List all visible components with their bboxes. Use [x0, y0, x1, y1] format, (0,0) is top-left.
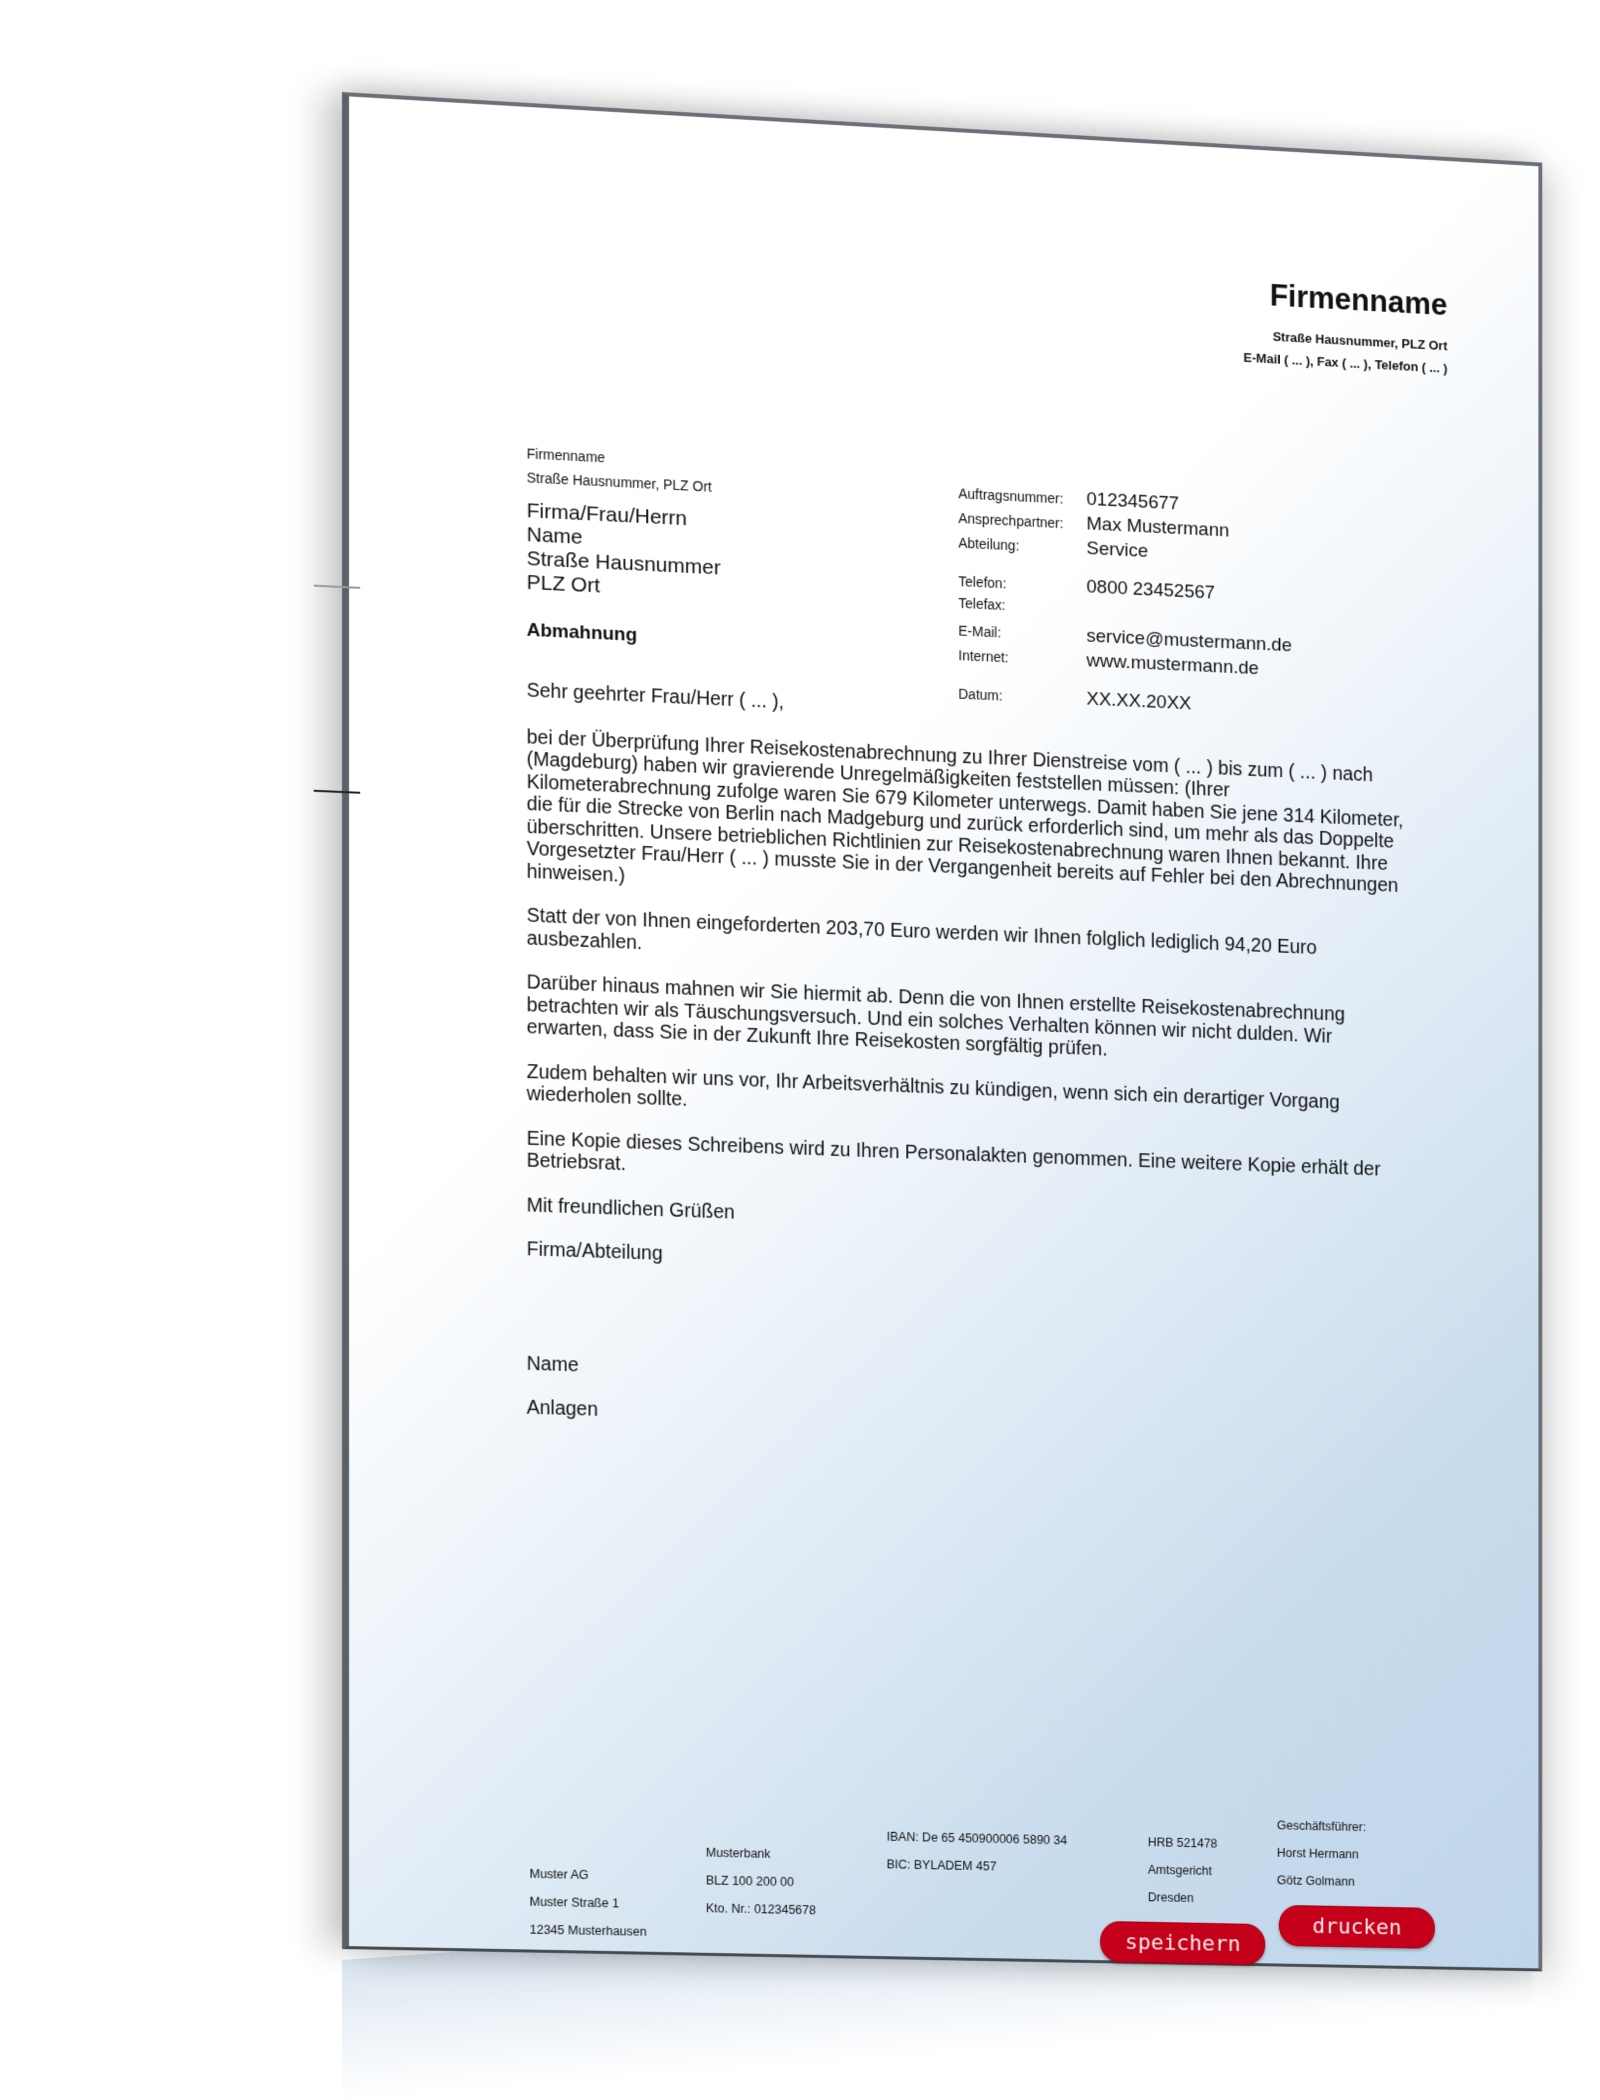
footer-register: HRB 521478 Amtsgericht Dresden	[1148, 1828, 1218, 1912]
footer-iban: IBAN: De 65 450900006 5890 34 BIC: BYLAD…	[887, 1823, 1068, 1882]
stage: Firmenname Straße Hausnummer, PLZ Ort E-…	[0, 0, 1600, 2100]
recipient-address: Firma/Frau/Herrn Name Straße Hausnummer …	[527, 499, 721, 604]
footer-line: Kto. Nr.: 012345678	[706, 1894, 816, 1924]
body-paragraph: Eine Kopie dieses Schreibens wird zu Ihr…	[527, 1127, 1409, 1203]
footer-company: Muster AG Muster Straße 1 12345 Musterha…	[530, 1860, 647, 1946]
attachments-label: Anlagen	[527, 1397, 1409, 1446]
footer-bank: Musterbank BLZ 100 200 00 Kto. Nr.: 0123…	[706, 1839, 816, 1924]
sender-address: Straße Hausnummer, PLZ Ort	[527, 469, 712, 494]
sender-company: Firmenname	[527, 445, 605, 465]
footer-line: IBAN: De 65 450900006 5890 34	[887, 1823, 1068, 1854]
footer-line: Geschäftsführer:	[1277, 1812, 1366, 1841]
print-button[interactable]: drucken	[1279, 1905, 1435, 1949]
info-label: Telefon:	[958, 573, 1086, 595]
footer-line: Amtsgericht	[1148, 1856, 1218, 1885]
footer-line: BLZ 100 200 00	[706, 1867, 816, 1897]
footer-line: HRB 521478	[1148, 1828, 1218, 1857]
fold-mark	[314, 585, 360, 589]
footer-line: Muster Straße 1	[530, 1888, 647, 1918]
letterhead-address: Straße Hausnummer, PLZ Ort	[1273, 329, 1448, 353]
info-value: 012345677	[1086, 489, 1179, 515]
footer-line: BIC: BYLADEM 457	[887, 1850, 1068, 1881]
footer-management: Geschäftsführer: Horst Hermann Götz Golm…	[1277, 1812, 1366, 1896]
closing: Mit freundlichen Grüßen	[527, 1194, 1409, 1247]
letterhead-company: Firmenname	[1270, 278, 1448, 323]
info-label: Ansprechpartner:	[958, 510, 1086, 532]
body-paragraph: bei der Überprüfung Ihrer Reisekostenabr…	[527, 726, 1409, 920]
footer-line: Horst Hermann	[1277, 1839, 1366, 1868]
info-label: Auftragsnummer:	[958, 485, 1086, 507]
letterhead-contact: E-Mail ( ... ), Fax ( ... ), Telefon ( .…	[1244, 350, 1448, 376]
info-value: 0800 23452567	[1086, 577, 1214, 605]
info-value: Service	[1086, 538, 1148, 563]
signature-organization: Firma/Abteilung	[527, 1238, 1409, 1290]
letter-subject: Abmahnung	[527, 620, 638, 647]
footer-line: Dresden	[1148, 1883, 1218, 1912]
info-label: Internet:	[958, 647, 1086, 669]
punch-mark	[314, 790, 360, 794]
footer-line: Muster AG	[530, 1860, 647, 1890]
document-page: Firmenname Straße Hausnummer, PLZ Ort E-…	[342, 92, 1542, 1971]
info-label: Abteilung:	[958, 535, 1086, 557]
body-paragraph: Darüber hinaus mahnen wir Sie hiermit ab…	[527, 971, 1409, 1072]
reference-info-block: Auftragsnummer: 012345677 Ansprechpartne…	[958, 482, 1462, 730]
footer-line: Götz Golmann	[1277, 1867, 1366, 1896]
info-label: E-Mail:	[958, 623, 1086, 645]
footer-line: 12345 Musterhausen	[530, 1916, 647, 1946]
footer-line: Musterbank	[706, 1839, 816, 1869]
letter-footer: Muster AG Muster Straße 1 12345 Musterha…	[530, 1815, 1412, 1834]
letter-body: Sehr geehrter Frau/Herr ( ... ), bei der…	[527, 680, 1409, 1468]
save-button[interactable]: speichern	[1100, 1921, 1265, 1965]
body-paragraph: Statt der von Ihnen eingeforderten 203,7…	[527, 905, 1409, 986]
body-paragraph: Zudem behalten wir uns vor, Ihr Arbeitsv…	[527, 1061, 1409, 1139]
